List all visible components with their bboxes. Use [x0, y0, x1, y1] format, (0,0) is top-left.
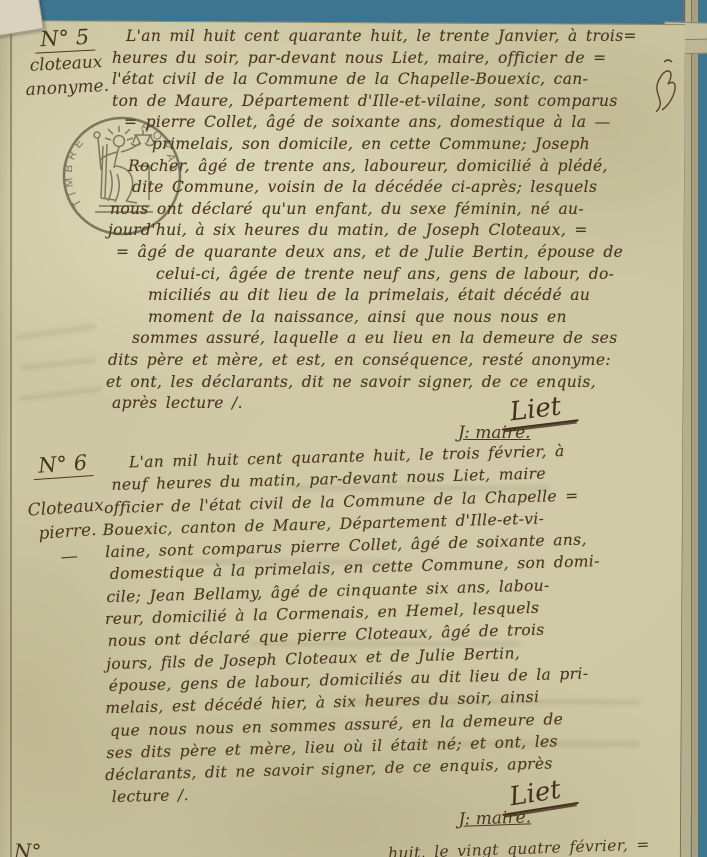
act1-margin-note: N° 5 cloteaux anonyme. [14, 23, 118, 102]
manuscript-line: = âgé de quarante deux ans, et de Julie … [116, 242, 637, 264]
manuscript-line: dits père et mère, et est, en conséquenc… [108, 350, 637, 372]
signature-closing: J: maire. [458, 422, 650, 444]
scanned-register-page: TIMBRE ROYAL [0, 0, 707, 857]
manuscript-line: l'état civil de la Commune de la Chapell… [112, 69, 637, 91]
manuscript-line: nous ont déclaré qu'un enfant, du sexe f… [110, 199, 637, 221]
svg-text:TIMBRE: TIMBRE [62, 134, 88, 209]
manuscript-line: celui-ci, âgée de trente neuf ans, gens … [156, 264, 637, 286]
act2-text-block: L'an mil huit cent quarante huit, le tro… [103, 439, 606, 809]
manuscript-line: ton de Maure, Département d'Ille-et-vila… [112, 91, 637, 113]
paraph-mark [648, 56, 682, 118]
manuscript-line: jourd'hui, à six heures du matin, de Jos… [108, 220, 637, 242]
manuscript-line: Rocher, âgé de trente ans, laboureur, do… [128, 156, 637, 178]
act2-number: N° 6 [31, 450, 94, 480]
mayor-signature: Liet [498, 391, 579, 430]
act1-text-block: L'an mil huit cent quarante huit, le tre… [112, 26, 637, 415]
manuscript-line: L'an mil huit cent quarante huit, le tre… [126, 26, 637, 48]
manuscript-line: primelais, son domicile, en cette Commun… [152, 134, 637, 156]
binding-fold-line [10, 20, 12, 857]
stamp-label-left: TIMBRE [62, 134, 88, 209]
manuscript-line: dite Commune, voisin de la décédée ci-ap… [132, 177, 637, 199]
manuscript-line: heures du soir, par-devant nous Liet, ma… [112, 48, 637, 70]
manuscript-line: et ont, les déclarants, dit ne savoir si… [106, 372, 637, 394]
next-act-number-fragment: N° [14, 840, 42, 857]
page-stack-edge [691, 0, 698, 857]
manuscript-line: sommes assuré, laquelle a eu lieu en la … [132, 328, 637, 350]
manuscript-line: moment de la naissance, ainsi que nous n… [148, 307, 637, 329]
act2-signature-block: Liet J: maire. [429, 776, 651, 832]
act1-signature-block: Liet J: maire. [430, 396, 650, 444]
manuscript-line: = pierre Collet, âgé de soixante ans, do… [124, 112, 637, 134]
manuscript-line: miciliés au dit lieu de la primelais, ét… [148, 285, 637, 307]
act1-number: N° 5 [34, 24, 96, 53]
